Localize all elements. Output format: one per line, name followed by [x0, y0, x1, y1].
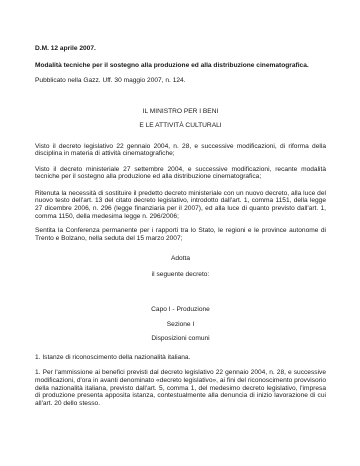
- adoption-word: Adotta: [35, 255, 326, 263]
- preamble-paragraph-sentita: Sentita la Conferenza permanente per i r…: [35, 227, 326, 242]
- decree-date-heading: D.M. 12 aprile 2007.: [35, 45, 326, 53]
- preamble-paragraph-visto-1: Visto il decreto legislativo 22 gennaio …: [35, 143, 326, 158]
- preamble-paragraph-visto-2: Visto il decreto ministeriale 27 settemb…: [35, 166, 326, 181]
- document-page: D.M. 12 aprile 2007. Modalità tecniche p…: [0, 0, 360, 466]
- section-rubric: Disposizioni comuni: [35, 335, 326, 343]
- chapter-heading: Capo I - Produzione: [35, 306, 326, 314]
- publication-note: Pubblicato nella Gazz. Uff. 30 maggio 20…: [35, 77, 326, 85]
- article-title: 1. Istanze di riconoscimento della nazio…: [35, 354, 326, 362]
- decree-title: Modalità tecniche per il sostegno alla p…: [35, 62, 326, 70]
- issuer-line-2: E LE ATTIVITÀ CULTURALI: [35, 122, 326, 130]
- section-heading: Sezione I: [35, 321, 326, 329]
- issuer-line-1: IL MINISTRO PER I BENI: [35, 108, 326, 116]
- preamble-paragraph-ritenuta: Ritenuta la necessità di sostituire il p…: [35, 190, 326, 220]
- article-body: 1. Per l'ammissione ai benefici previsti…: [35, 369, 326, 407]
- adoption-phrase: il seguente decreto:: [35, 271, 326, 279]
